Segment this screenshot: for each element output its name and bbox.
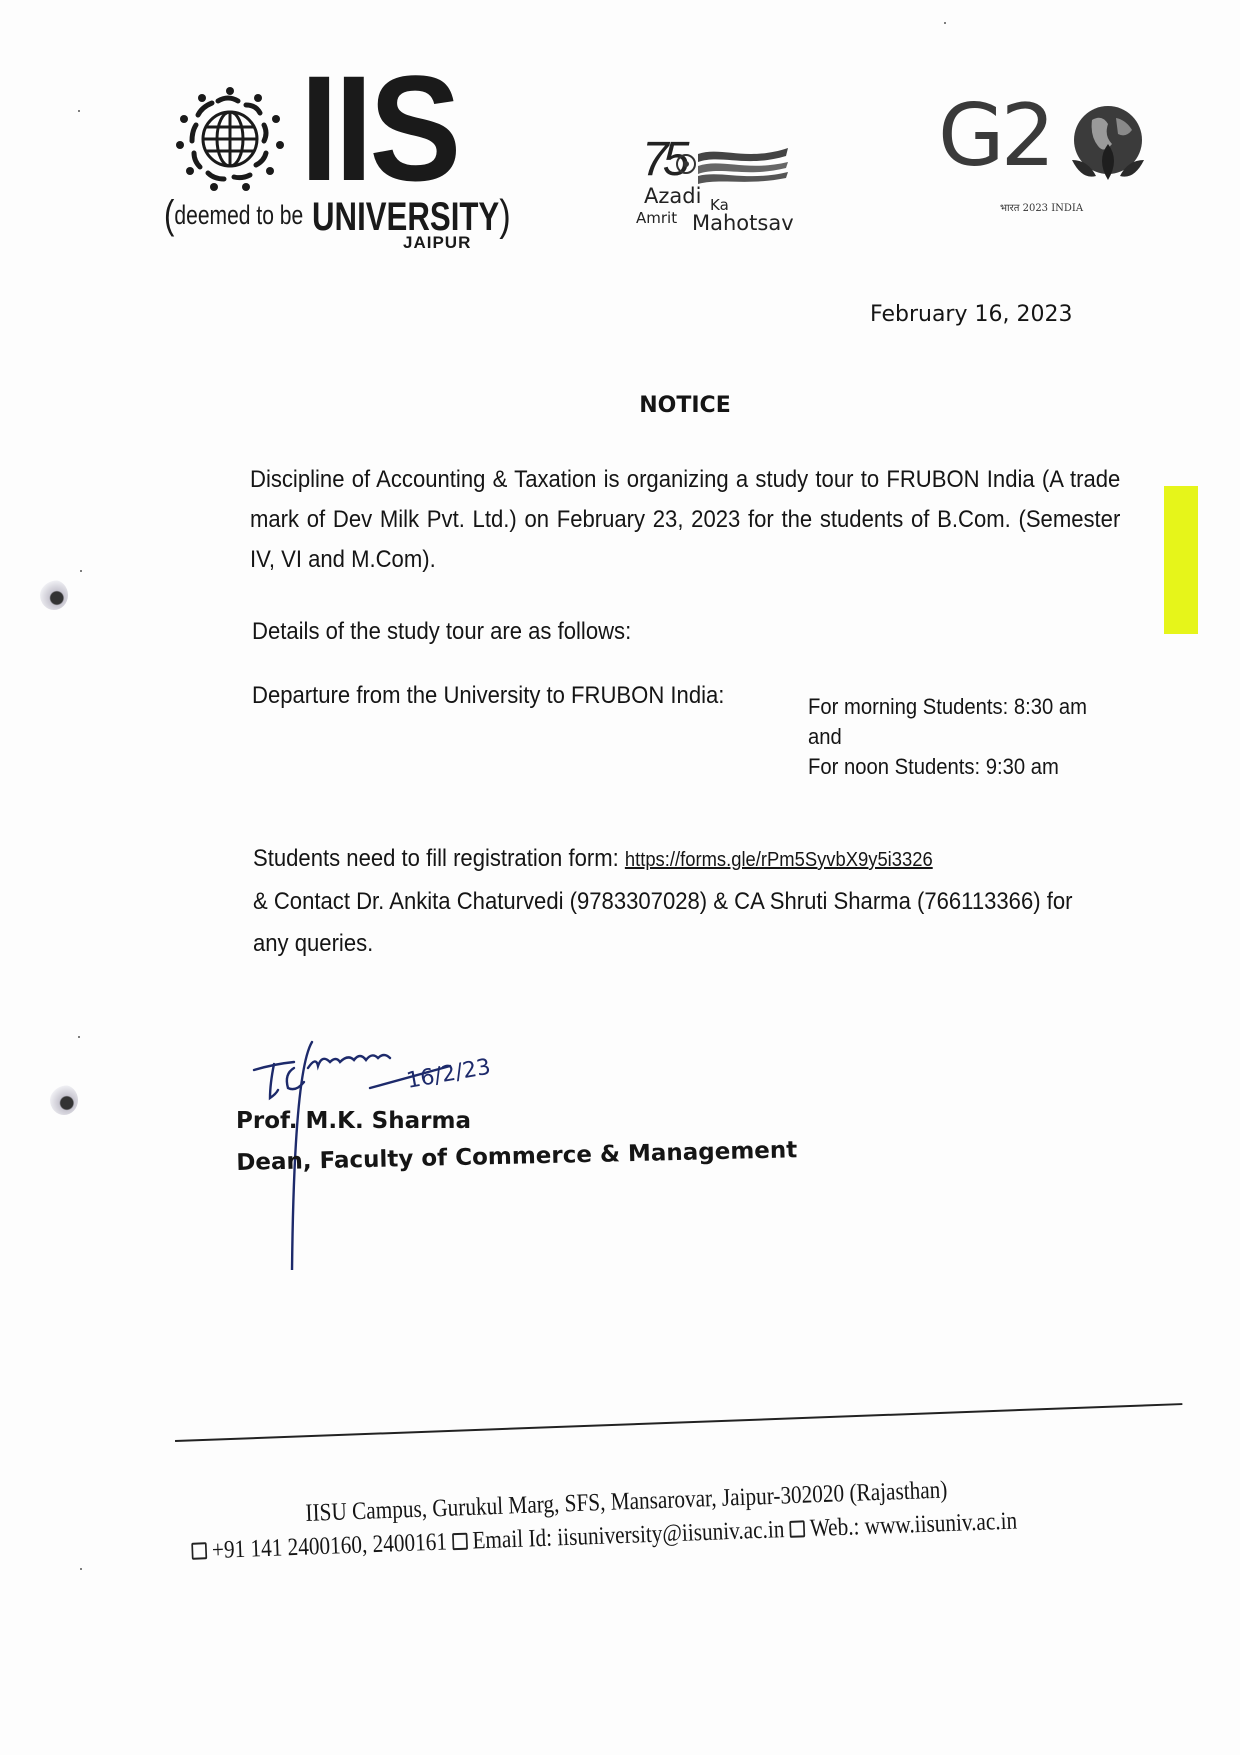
departure-label: Departure from the University to FRUBON …	[252, 682, 724, 710]
g20-india-logo: G2 भारत 2023 INDIA	[938, 100, 1158, 230]
phone-box-icon	[191, 1542, 207, 1560]
footer-web: Web.: www.iisuniv.ac.in	[809, 1508, 1017, 1543]
akam-mahotsav: Mahotsav	[692, 211, 794, 235]
morning-time: For morning Students: 8:30 am	[808, 692, 1087, 722]
akam-amrit: Amrit	[636, 209, 677, 227]
g20-tagline: भारत 2023 INDIA	[1000, 200, 1083, 214]
footer-phone: +91 141 2400160, 2400161	[211, 1528, 447, 1564]
notice-title: NOTICE	[0, 393, 1240, 418]
g20-wordmark: G2	[938, 86, 1051, 186]
scan-speck	[80, 1568, 82, 1570]
scan-speck	[944, 22, 946, 24]
azadi-ka-amrit-mahotsav-logo: 75 Azadi Ka Amrit Mahotsav	[636, 138, 816, 248]
scan-speck	[78, 110, 80, 112]
jaipur-text: JAIPUR	[403, 233, 471, 253]
notice-paragraph: Discipline of Accounting & Taxation is o…	[250, 460, 1120, 580]
highlighter-tab	[1164, 486, 1198, 634]
noon-time: For noon Students: 9:30 am	[808, 752, 1087, 782]
and-text: and	[808, 722, 1087, 752]
iis-wordmark: IIS	[300, 53, 458, 203]
scan-speck	[78, 1036, 80, 1038]
svg-text:16/2/23: 16/2/23	[405, 1055, 493, 1094]
details-heading: Details of the study tour are as follows…	[252, 618, 631, 646]
deemed-text: (deemed to be	[164, 193, 303, 238]
departure-times: For morning Students: 8:30 am and For no…	[808, 692, 1087, 782]
tricolour-flag-icon	[676, 142, 796, 186]
punch-hole	[40, 580, 68, 610]
iis-university-logo: IIS (deemed to be UNIVERSITY) JAIPUR	[170, 75, 510, 260]
registration-prefix: Students need to fill registration form:	[253, 845, 625, 872]
registration-form-link[interactable]: https://forms.gle/rPm5SyvbX9y5i3326	[625, 849, 933, 871]
registration-block: Students need to fill registration form:…	[253, 838, 1072, 965]
globe-people-emblem-icon	[170, 83, 290, 195]
contact-end: any queries.	[253, 923, 1072, 965]
akam-azadi: Azadi	[644, 184, 701, 208]
web-box-icon	[789, 1520, 805, 1538]
footer-divider	[175, 1403, 1182, 1442]
contact-line: & Contact Dr. Ankita Chaturvedi (9783307…	[253, 881, 1072, 923]
email-box-icon	[452, 1533, 468, 1551]
signatory-name: Prof. M.K. Sharma	[236, 1108, 471, 1134]
punch-hole	[50, 1085, 78, 1115]
footer-email: Email Id: iisuniversity@iisuniv.ac.in	[472, 1516, 785, 1554]
notice-date: February 16, 2023	[870, 302, 1072, 327]
scan-speck	[80, 570, 82, 572]
globe-lotus-icon	[1066, 100, 1150, 188]
